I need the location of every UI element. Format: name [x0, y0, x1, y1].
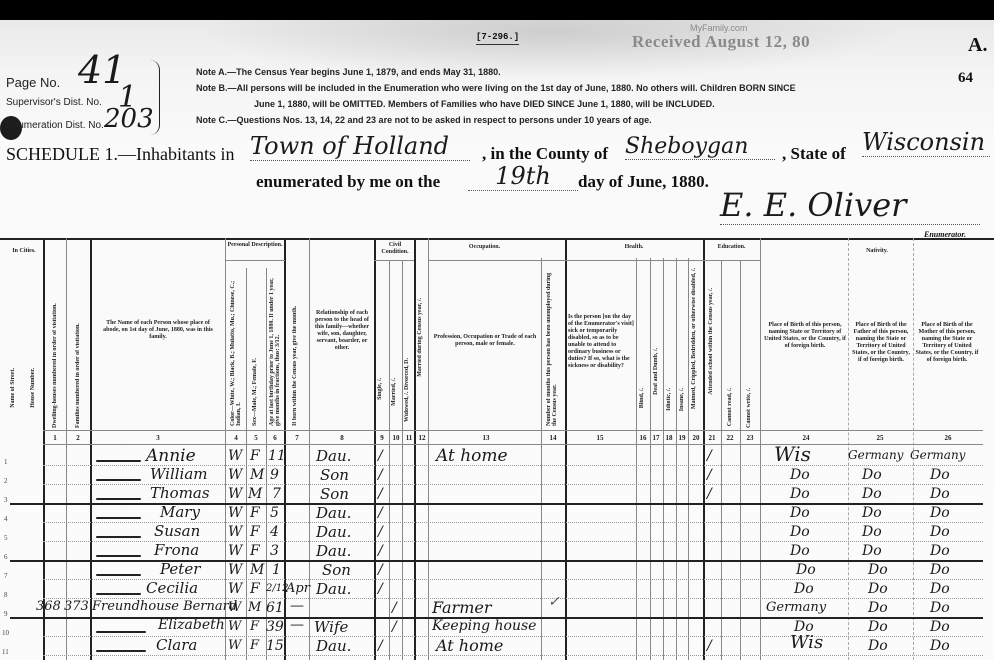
occupation: Farmer [432, 598, 492, 617]
father-birthplace: Do [862, 505, 882, 521]
header-col16: Blind, /. [639, 388, 645, 408]
school-mark: / [707, 486, 712, 502]
sex: F [250, 448, 260, 464]
ditto-dash [96, 555, 141, 557]
birthplace: Do [790, 543, 810, 559]
col-divider [402, 260, 403, 660]
person-name: Freundhouse Bernard [92, 599, 237, 614]
col-divider [650, 258, 651, 660]
column-number: 14 [545, 434, 561, 442]
ditto-dash [96, 460, 141, 462]
enumeration-value: 203 [104, 104, 154, 134]
table-top-border [0, 238, 994, 240]
column-number: 24 [798, 434, 814, 442]
column-number-line [43, 444, 983, 445]
color: W [228, 505, 242, 521]
header-divider [374, 260, 414, 261]
person-name: Thomas [150, 484, 210, 502]
column-number: 12 [414, 434, 430, 442]
col-divider [721, 260, 722, 660]
column-number: 1 [47, 434, 63, 442]
birth-month: — [290, 617, 304, 633]
father-birthplace: Germany [848, 448, 903, 462]
single-mark: / [378, 562, 383, 578]
mother-birthplace: Do [930, 467, 950, 483]
header-divider [565, 260, 703, 261]
family-divider [10, 503, 983, 505]
county-value: Sheboygan [625, 134, 775, 160]
color: W [228, 638, 241, 653]
col-divider [688, 258, 689, 660]
state-value: Wisconsin [862, 128, 990, 157]
scan-top-border [0, 0, 994, 22]
header-house-number: House Number. [30, 368, 36, 408]
single-mark: / [378, 543, 383, 559]
person-name: Peter [160, 560, 200, 578]
ditto-dash [96, 650, 146, 652]
ditto-dash [96, 574, 141, 576]
married-mark: / [392, 600, 397, 616]
single-mark: / [378, 581, 383, 597]
line-number: 7 [4, 572, 8, 580]
col-divider [636, 258, 637, 660]
mother-birthplace: Do [930, 619, 950, 635]
column-number: 6 [267, 434, 283, 442]
supervisor-label: Supervisor's Dist. No. [6, 97, 102, 108]
person-name: Cecilia [146, 579, 198, 597]
header-col7: If born within the Census year, give the… [292, 278, 298, 426]
sex: F [250, 619, 259, 634]
sex: M [250, 467, 264, 483]
column-number: 8 [334, 434, 350, 442]
line-number: 2 [4, 477, 8, 485]
col-divider [740, 260, 741, 660]
header-col11: Widowed, /. Divorced, D. [404, 358, 410, 422]
person-name: Frona [154, 541, 199, 559]
sex: F [250, 543, 260, 559]
color: W [228, 619, 241, 634]
age: 39 [266, 619, 284, 635]
age: 3 [270, 543, 279, 559]
family-number: 373 [64, 599, 89, 614]
person-name: William [150, 465, 208, 483]
color: W [228, 448, 242, 464]
col-divider [66, 238, 67, 660]
line-number: 11 [2, 648, 9, 656]
person-name: Clara [156, 636, 197, 654]
married-mark: / [392, 619, 397, 635]
column-number: 3 [150, 434, 166, 442]
header-col23: Cannot write, /. [746, 388, 752, 428]
father-birthplace: Do [862, 486, 882, 502]
column-number: 20 [688, 434, 704, 442]
sex: M [248, 486, 262, 502]
id-brace [150, 60, 160, 135]
mother-birthplace: Do [930, 505, 950, 521]
header-col12: Married during Census year, /. [417, 298, 423, 377]
birth-month: — [290, 598, 304, 614]
single-mark: / [378, 505, 383, 521]
father-birthplace: Do [868, 600, 888, 616]
ditto-dash [96, 631, 146, 633]
occupation: At home [436, 446, 508, 466]
relationship: Dau. [316, 447, 351, 465]
header-health: Health. [565, 244, 703, 251]
header-personal-description: Personal Description. [226, 242, 284, 249]
single-mark: / [378, 638, 383, 654]
header-education: Education. [703, 244, 760, 251]
line-number: 10 [2, 629, 9, 637]
col-divider [246, 268, 247, 660]
age: 9 [270, 467, 279, 483]
age: 7 [272, 486, 281, 502]
corner-letter: A. [968, 34, 987, 57]
birthplace: Germany [766, 600, 826, 615]
col-divider [428, 238, 429, 660]
father-birthplace: Do [868, 562, 888, 578]
schedule-label: SCHEDULE 1.—Inhabitants in [6, 144, 234, 165]
column-number: 25 [872, 434, 888, 442]
mother-birthplace: Germany [910, 448, 965, 462]
header-col24: Place of Birth of this person, naming St… [764, 322, 846, 350]
header-col20: Maimed, Crippled, Bedridden, or otherwis… [691, 268, 697, 409]
note-b: Note B.—All persons will be included in … [196, 83, 796, 93]
mother-birthplace: Do [930, 562, 950, 578]
col-divider [225, 238, 226, 660]
header-col21: Attended school within the Census year, … [708, 288, 714, 395]
header-col6: Age at last birthday prior to June 1, 18… [269, 274, 283, 426]
column-number: 5 [248, 434, 264, 442]
relationship: Dau. [316, 580, 351, 598]
col-divider [663, 258, 664, 660]
color: W [228, 467, 242, 483]
header-col18: Idiotic, /. [666, 388, 672, 411]
header-col25: Place of Birth of the Father of this per… [850, 322, 912, 364]
column-number: 7 [289, 434, 305, 442]
col-divider [414, 238, 416, 660]
column-number: 22 [722, 434, 738, 442]
col-divider [309, 238, 310, 660]
birthplace: Do [790, 505, 810, 521]
father-birthplace: Do [862, 524, 882, 540]
col-divider [374, 238, 376, 660]
relationship: Dau. [316, 523, 351, 541]
color: W [228, 562, 242, 578]
single-mark: / [378, 524, 383, 540]
mother-birthplace: Do [930, 486, 950, 502]
header-nativity: Nativity. [760, 248, 994, 255]
header-divider [225, 260, 285, 261]
sex: M [250, 562, 264, 578]
header-street-name: Name of Street. [10, 368, 16, 408]
line-number: 8 [4, 591, 8, 599]
age: 61 [266, 600, 284, 616]
sex: F [250, 638, 259, 653]
mother-birthplace: Do [930, 638, 950, 654]
col-divider [565, 238, 567, 660]
line-number: 5 [4, 534, 8, 542]
header-col13: Profession, Occupation or Trade of each … [432, 334, 538, 348]
header-bottom-line [43, 430, 983, 431]
family-divider [10, 560, 983, 562]
ditto-dash [96, 498, 141, 500]
birthplace: Wis [790, 632, 823, 653]
received-stamp: Received August 12, 80 [632, 32, 810, 52]
line-number: 3 [4, 496, 8, 504]
school-mark: / [707, 448, 712, 464]
age: 11 [268, 448, 286, 464]
column-number: 26 [940, 434, 956, 442]
person-name: Mary [160, 503, 200, 521]
header-divider [428, 260, 565, 261]
enumeration-label: Enumeration Dist. No. [6, 120, 104, 131]
person-name: Elizabeth [158, 617, 225, 633]
day-suffix: day of June, 1880. [578, 172, 709, 192]
county-label: , in the County of [482, 144, 608, 164]
header-col22: Cannot read, /. [727, 388, 733, 426]
column-number: 21 [704, 434, 720, 442]
column-number: 15 [592, 434, 608, 442]
color: W [228, 600, 241, 615]
state-label: , State of [782, 144, 846, 164]
mother-birthplace: Do [930, 543, 950, 559]
header-col4: Color—White, W.; Black, B.; Mulatto, Mu.… [230, 274, 244, 426]
col-divider [703, 238, 705, 660]
relationship: Dau. [316, 637, 351, 655]
col-divider [43, 238, 45, 660]
col-divider [389, 260, 390, 660]
birthplace: Do [790, 524, 810, 540]
sex: F [250, 524, 260, 540]
relationship: Wife [314, 618, 348, 636]
school-mark: / [707, 638, 712, 654]
enumerated-label: enumerated by me on the [256, 172, 440, 192]
school-mark: / [707, 467, 712, 483]
birthplace: Do [790, 467, 810, 483]
header-in-cities: In Cities. [6, 248, 42, 255]
relationship: Son [322, 561, 351, 579]
header-occupation: Occupation. [428, 244, 541, 251]
color: W [228, 543, 242, 559]
day-value: 19th [468, 162, 578, 191]
occupation: At home [436, 636, 503, 655]
sex: M [248, 600, 261, 615]
col-divider [676, 258, 677, 660]
age: 1 [272, 562, 281, 578]
header-col15: Is the person [on the day of the Enumera… [568, 314, 634, 370]
note-c: Note C.—Questions Nos. 13, 14, 22 and 23… [196, 115, 652, 125]
relationship: Dau. [316, 504, 351, 522]
relationship: Dau. [316, 542, 351, 560]
header-col3: The Name of each Person whose place of a… [98, 320, 218, 341]
single-mark: / [378, 486, 383, 502]
page-no-label: Page No. [6, 75, 60, 90]
relationship: Son [320, 466, 349, 484]
dwelling-number: 368 [36, 599, 61, 614]
col-divider [90, 238, 92, 660]
birthplace: Do [790, 486, 810, 502]
header-col19: Insane, /. [679, 388, 685, 411]
header-col1: Dwelling-houses numbered in order of vis… [52, 278, 58, 428]
line-number: 4 [4, 515, 8, 523]
header-col26: Place of Birth of the Mother of this per… [915, 322, 979, 364]
column-number: 23 [742, 434, 758, 442]
column-number: 4 [228, 434, 244, 442]
father-birthplace: Do [868, 581, 888, 597]
column-number: 13 [478, 434, 494, 442]
header-civil-condition: Civil Condition. [375, 242, 415, 256]
census-page: Page No. 41 Supervisor's Dist. No. 1 Enu… [0, 20, 994, 660]
header-col9: Single, /. [377, 378, 383, 400]
ditto-dash [96, 517, 141, 519]
age: 15 [266, 638, 284, 654]
check-mark: ✓ [548, 594, 560, 610]
col-divider [760, 238, 761, 660]
mother-birthplace: Do [930, 581, 950, 597]
color: W [228, 581, 242, 597]
header-col14: Number of months this person has been un… [546, 268, 562, 426]
birthplace: Do [796, 562, 816, 578]
sex: F [250, 505, 260, 521]
father-birthplace: Do [862, 467, 882, 483]
header-col17: Deaf and Dumb, /. [653, 348, 659, 395]
corner-number: 64 [958, 70, 973, 87]
note-a: Note A.—The Census Year begins June 1, 1… [196, 67, 501, 77]
column-number: 2 [70, 434, 86, 442]
color: W [228, 486, 242, 502]
person-name: Annie [146, 446, 196, 466]
single-mark: / [378, 448, 383, 464]
header-col5: Sex—Male, M.; Female, F. [252, 298, 258, 426]
row-divider [43, 655, 983, 656]
age: 4 [270, 524, 279, 540]
enumerator-signature: E. E. Oliver [720, 186, 980, 225]
header-col8: Relationship of each person to the head … [312, 310, 372, 352]
line-number: 6 [4, 553, 8, 561]
sex: F [250, 581, 260, 597]
color: W [228, 524, 242, 540]
ditto-dash [96, 593, 141, 595]
birth-month: Apr [286, 581, 310, 596]
birthplace: Do [794, 581, 814, 597]
father-birthplace: Do [862, 543, 882, 559]
line-number: 1 [4, 458, 8, 466]
person-name: Susan [154, 522, 200, 540]
birthplace: Wis [774, 442, 811, 466]
ditto-dash [96, 536, 141, 538]
mother-birthplace: Do [930, 600, 950, 616]
single-mark: / [378, 467, 383, 483]
header-divider [703, 260, 760, 261]
header-col2: Families numbered in order of visitation… [75, 278, 81, 428]
age: 5 [270, 505, 279, 521]
ditto-dash [96, 479, 141, 481]
line-number: 9 [4, 610, 8, 618]
mother-birthplace: Do [930, 524, 950, 540]
header-col10: Married, /. [391, 378, 397, 406]
occupation: Keeping house [432, 618, 536, 634]
place-value: Town of Holland [250, 132, 470, 161]
form-code: [7-296.] [476, 32, 519, 45]
relationship: Son [320, 485, 349, 503]
col-divider [541, 258, 542, 660]
note-b-continued: June 1, 1880, will be OMITTED. Members o… [254, 99, 715, 109]
father-birthplace: Do [868, 638, 888, 654]
father-birthplace: Do [868, 619, 888, 635]
